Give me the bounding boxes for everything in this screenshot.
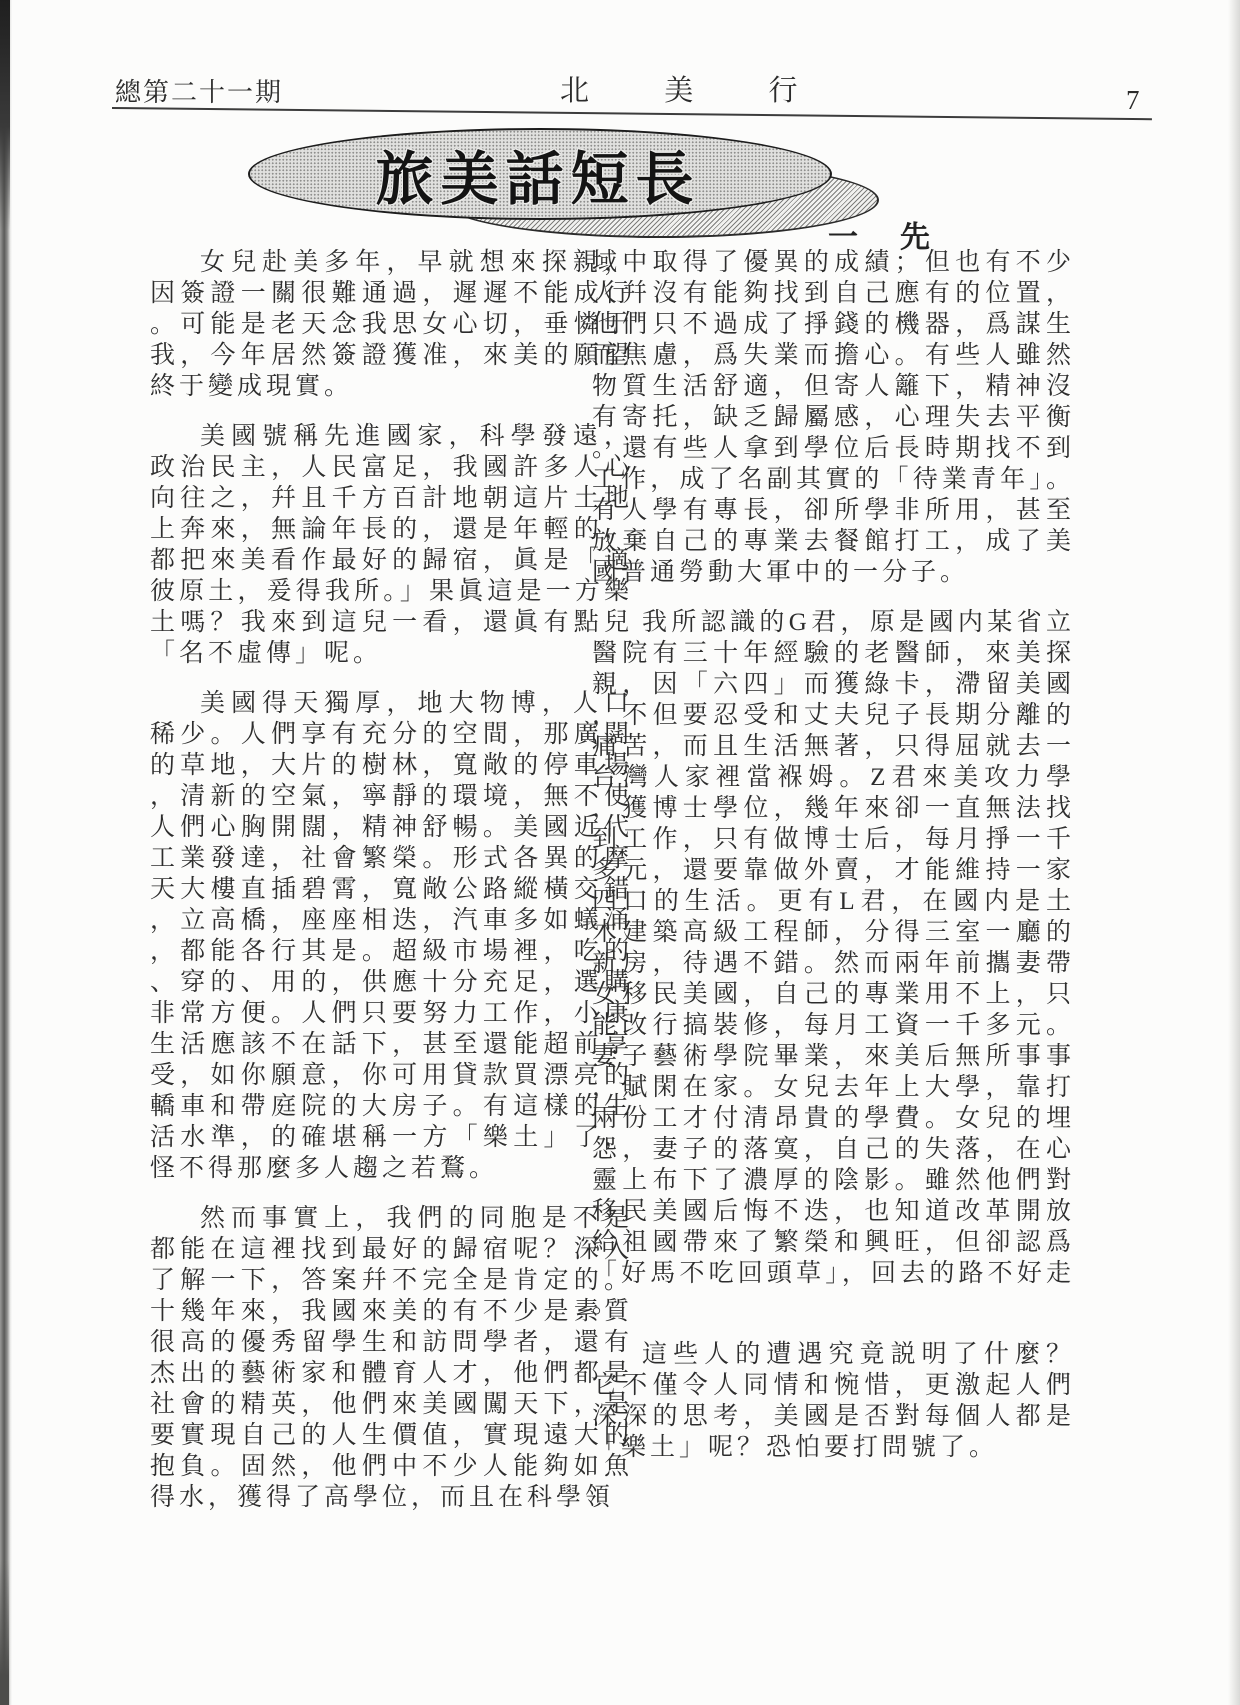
byline: 一 先	[828, 212, 936, 256]
article-column-right: 域中取得了優異的成績；但也有不少人幷沒有能夠找到自己應有的位置，他們只不過成了掙…	[592, 247, 1075, 1482]
paragraph: 女兒赴美多年，早就想來探親，因簽證一關很難通過，遲遲不能成行。可能是老天念我思女…	[150, 247, 633, 402]
paragraph: 這些人的遭遇究竟説明了什麼？它不僅令人同情和惋惜，更激起人們深深的思考，美國是否…	[592, 1339, 1075, 1463]
scan-edge-left-bottom	[0, 1560, 9, 1705]
title-banner: 旅美話短長 一 先	[0, 0, 1240, 260]
paragraph: 美國號稱先進國家，科學發遠，政治民主，人民富足，我國許多人心向往之，幷且千方百計…	[150, 421, 633, 669]
article-column-left: 女兒赴美多年，早就想來探親，因簽證一關很難通過，遲遲不能成行。可能是老天念我思女…	[150, 247, 633, 1532]
paragraph: 美國得天獨厚，地大物博，人口稀少。人們享有充分的空間，那廣闊的草地，大片的樹林，…	[150, 688, 633, 1184]
paragraph-continuation: 域中取得了優異的成績；但也有不少人幷沒有能夠找到自己應有的位置，他們只不過成了掙…	[592, 247, 1075, 588]
paragraph: 我所認識的G君，原是國内某省立醫院有三十年經驗的老醫師，來美探親，因「六四」而獲…	[592, 607, 1075, 1320]
article-title: 旅美話短長	[248, 128, 828, 220]
paragraph: 然而事實上，我們的同胞是不是都能在這裡找到最好的歸宿呢？深入了解一下，答案幷不完…	[150, 1203, 633, 1513]
